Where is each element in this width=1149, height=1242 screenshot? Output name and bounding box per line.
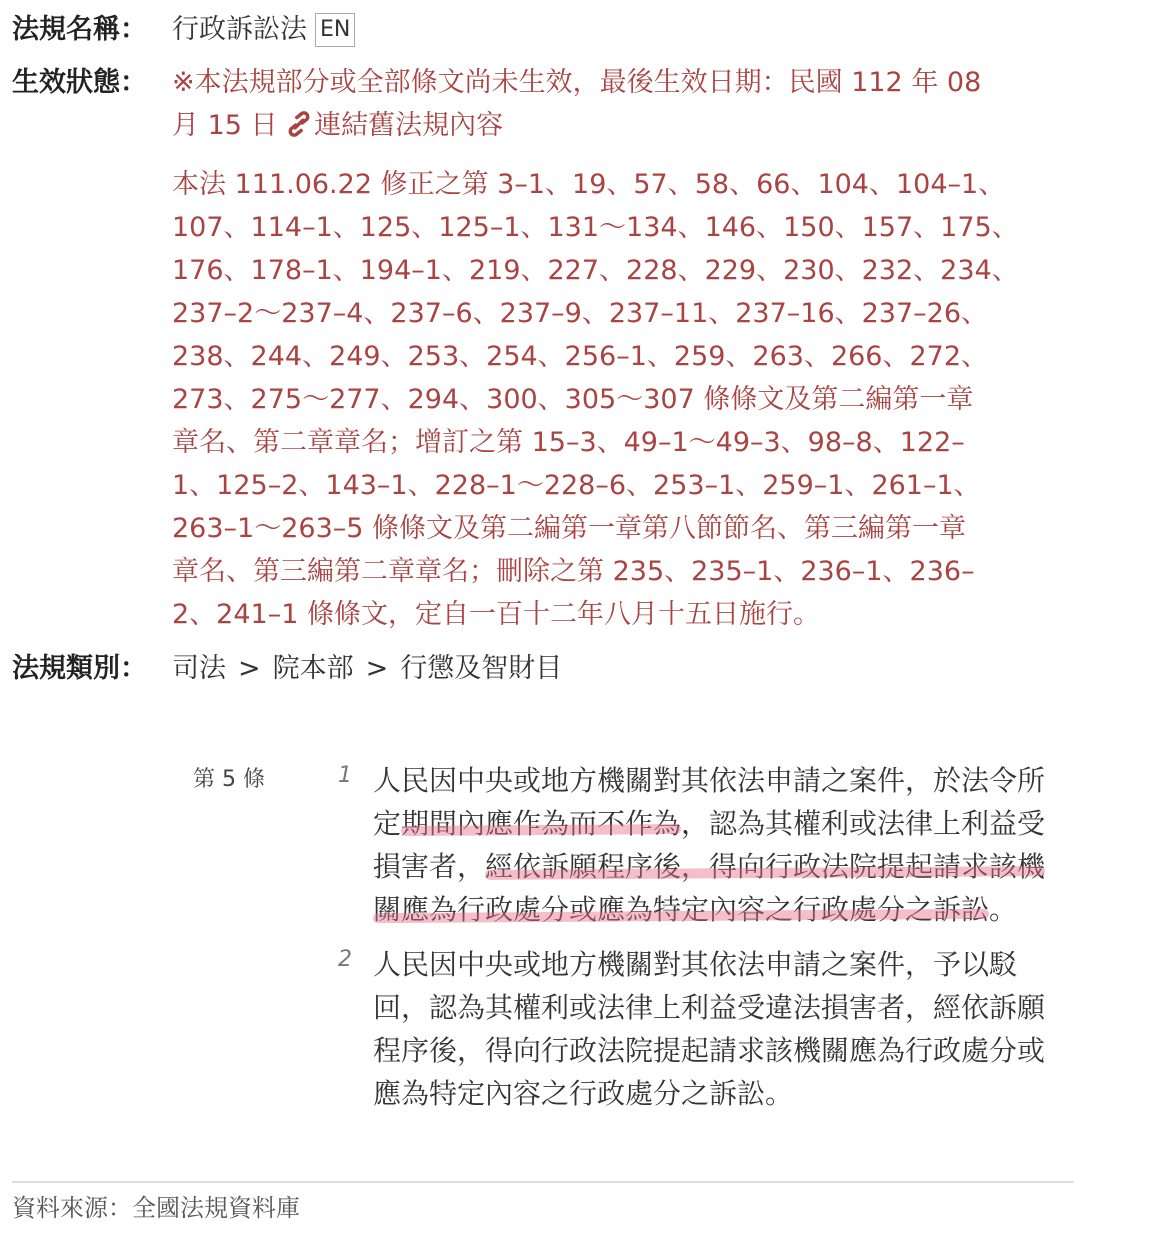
article-number: 第 5 條: [193, 763, 265, 797]
status-label: 生效狀態：: [12, 61, 172, 104]
text-segment: ，認為其權利或法律上利益受: [681, 807, 1045, 840]
amendment-notice: 本法 111.06.22 修正之第 3–1、19、57、58、66、104、10…: [172, 163, 1052, 636]
law-name-value: 行政訴訟法EN: [172, 8, 355, 51]
breadcrumb-separator: >: [238, 653, 261, 684]
highlighted-text: 關應為行政處分或應為特定內容之行政處分之訴訟: [373, 893, 989, 926]
category-level-3: 行懲及智財目: [400, 653, 562, 684]
status-notice-line2: 月 15 日 連結舊法規內容: [172, 104, 1072, 147]
english-version-button[interactable]: EN: [315, 13, 355, 47]
category-level-1: 司法: [172, 653, 226, 684]
text-segment: 損害者，: [373, 850, 485, 883]
paragraph-text: 人民因中央或地方機關對其依法申請之案件，予以駁 回，認為其權利或法律上利益受違法…: [373, 943, 1045, 1115]
text-segment: 人民因中央或地方機關對其依法申請之案件，於法令所: [373, 764, 1045, 797]
category-row: 法規類別： 司法>院本部>行懲及智財目: [12, 647, 562, 690]
paragraph-line: 損害者，經依訴願程序後，得向行政法院提起請求該機: [373, 845, 1045, 888]
paragraph-line: 關應為行政處分或應為特定內容之行政處分之訴訟。: [373, 888, 1045, 931]
status-notice-line1: ※本法規部分或全部條文尚未生效，最後生效日期：民國 112 年 08: [172, 61, 1072, 104]
law-name-label: 法規名稱：: [12, 8, 172, 51]
amendment-line: 273、275～277、294、300、305～307 條條文及第二編第一章: [172, 378, 1052, 421]
amendment-line: 章名、第二章章名；增訂之第 15–3、49–1～49–3、98–8、122–: [172, 421, 1052, 464]
paragraph-line: 人民因中央或地方機關對其依法申請之案件，予以駁: [373, 943, 1045, 986]
text-segment: 。: [989, 893, 1017, 926]
law-name: 行政訴訟法: [172, 14, 307, 45]
status-notice: ※本法規部分或全部條文尚未生效，最後生效日期：民國 112 年 08 月 15 …: [172, 61, 1072, 147]
link-icon: [286, 111, 312, 137]
amendment-line: 238、244、249、253、254、256–1、259、263、266、27…: [172, 335, 1052, 378]
breadcrumb-separator: >: [366, 653, 389, 684]
amendment-line: 107、114–1、125、125–1、131～134、146、150、157、…: [172, 206, 1052, 249]
paragraph-line: 程序後，得向行政法院提起請求該機關應為行政處分或: [373, 1029, 1045, 1072]
amendment-line: 章名、第三編第二章章名；刪除之第 235、235–1、236–1、236–: [172, 550, 1052, 593]
category-label: 法規類別：: [12, 647, 172, 690]
paragraph-line: 定期間內應作為而不作為，認為其權利或法律上利益受: [373, 802, 1045, 845]
amendment-line: 237–2～237–4、237–6、237–9、237–11、237–16、23…: [172, 292, 1052, 335]
amendment-line: 2、241–1 條條文，定自一百十二年八月十五日施行。: [172, 593, 1052, 636]
status-row: 生效狀態： ※本法規部分或全部條文尚未生效，最後生效日期：民國 112 年 08…: [12, 61, 1072, 147]
paragraph-line: 人民因中央或地方機關對其依法申請之案件，於法令所: [373, 759, 1045, 802]
amendment-line: 176、178–1、194–1、219、227、228、229、230、232、…: [172, 249, 1052, 292]
data-source: 資料來源：全國法規資料庫: [12, 1188, 300, 1228]
old-version-link[interactable]: 連結舊法規內容: [286, 110, 503, 141]
category-breadcrumb: 司法>院本部>行懲及智財目: [172, 647, 562, 690]
highlighted-text: 經依訴願程序後，得向行政法院提起請求該機: [485, 850, 1045, 883]
highlighted-text: 期間內應作為而不作為: [401, 807, 681, 840]
text-segment: 定: [373, 807, 401, 840]
amendment-line: 1、125–2、143–1、228–1～228–6、253–1、259–1、26…: [172, 464, 1052, 507]
paragraph-line: 回，認為其權利或法律上利益受違法損害者，經依訴願: [373, 986, 1045, 1029]
amendment-line: 本法 111.06.22 修正之第 3–1、19、57、58、66、104、10…: [172, 163, 1052, 206]
paragraph-number: 2: [330, 943, 352, 977]
old-version-link-label: 連結舊法規內容: [314, 110, 503, 141]
amendment-line: 263–1～263–5 條條文及第二編第一章第八節節名、第三編第一章: [172, 507, 1052, 550]
paragraph-number: 1: [330, 759, 352, 793]
paragraph-line: 應為特定內容之行政處分之訴訟。: [373, 1072, 1045, 1115]
status-date-suffix: 月 15 日: [172, 110, 286, 141]
category-level-2: 院本部: [273, 653, 354, 684]
paragraph-text: 人民因中央或地方機關對其依法申請之案件，於法令所 定期間內應作為而不作為，認為其…: [373, 759, 1045, 931]
footer-divider: [12, 1181, 1074, 1183]
law-name-row: 法規名稱： 行政訴訟法EN: [12, 8, 355, 51]
